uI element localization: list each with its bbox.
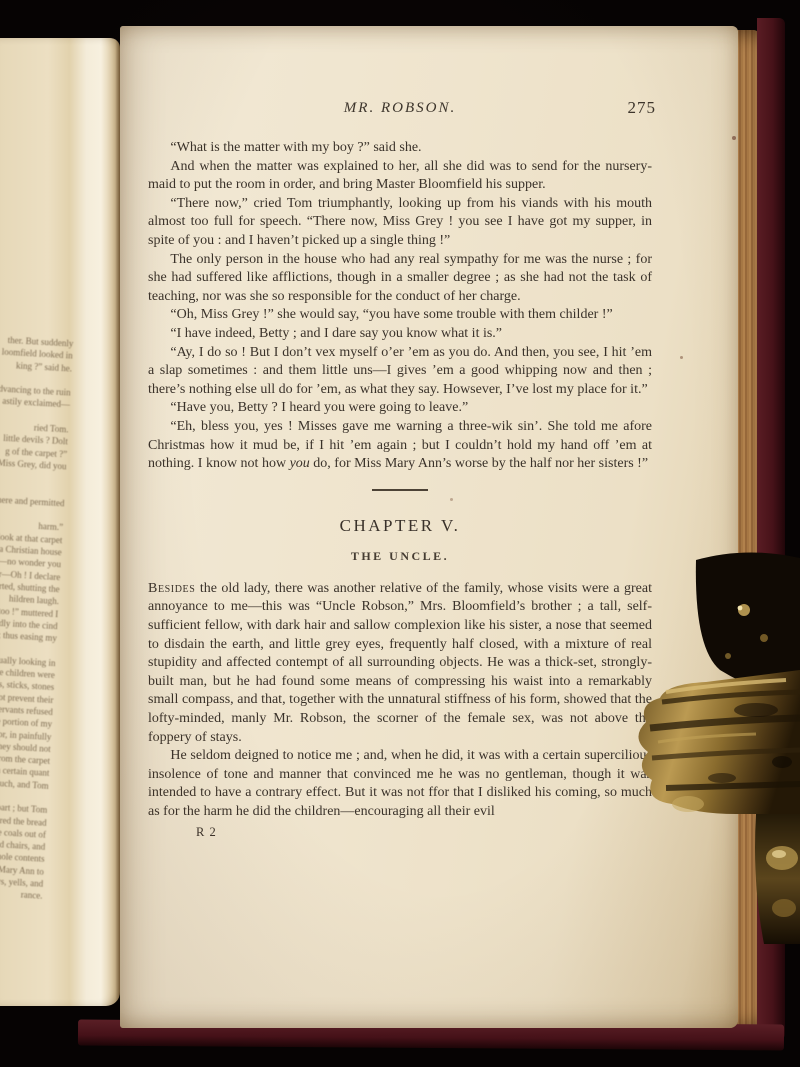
- paragraph: The only person in the house who had any…: [148, 251, 652, 307]
- chapter-heading: CHAPTER V.: [148, 517, 652, 536]
- section-divider: [372, 489, 428, 491]
- paragraph: Besides the old lady, there was another …: [148, 580, 652, 747]
- page-body: “What is the matter with my boy ?” said …: [148, 139, 652, 841]
- paragraph: “Eh, bless you, yes ! Misses gave me war…: [148, 418, 652, 474]
- foxing-spot: [680, 356, 683, 359]
- paragraph-text: the old lady, there was another relative…: [148, 581, 652, 745]
- paragraph: He seldom deigned to notice me ; and, wh…: [148, 747, 652, 821]
- book-photo: ther. But suddenlyloomfield looked inkin…: [0, 0, 800, 1067]
- left-page: ther. But suddenlyloomfield looked inkin…: [0, 38, 120, 1006]
- chapter-lead-word: Besides: [148, 581, 195, 596]
- paragraph: “What is the matter with my boy ?” said …: [148, 139, 652, 158]
- paragraph: And when the matter was explained to her…: [148, 158, 652, 195]
- paragraph: “Ay, I do so ! But I don’t vex myself o’…: [148, 344, 652, 400]
- running-title: MR. ROBSON.: [344, 100, 456, 117]
- foxing-spot: [732, 136, 736, 140]
- chapter-subtitle: THE UNCLE.: [148, 547, 652, 566]
- page-number: 275: [628, 98, 657, 118]
- paragraph: “I have indeed, Betty ; and I dare say y…: [148, 325, 652, 344]
- paragraph-text: do, for Miss Mary Ann’s worse by the hal…: [310, 456, 648, 471]
- signature-mark: R 2: [196, 823, 652, 842]
- left-page-fragments: ther. But suddenlyloomfield looked inkin…: [0, 331, 74, 902]
- paragraph: “Have you, Betty ? I heard you were goin…: [148, 399, 652, 418]
- brass-clasp: [636, 552, 800, 944]
- paragraph: “There now,” cried Tom triumphantly, loo…: [148, 195, 652, 251]
- paragraph: “Oh, Miss Grey !” she would say, “you ha…: [148, 306, 652, 325]
- page-header: MR. ROBSON. 275: [148, 100, 652, 117]
- emphasized-word: you: [290, 456, 310, 471]
